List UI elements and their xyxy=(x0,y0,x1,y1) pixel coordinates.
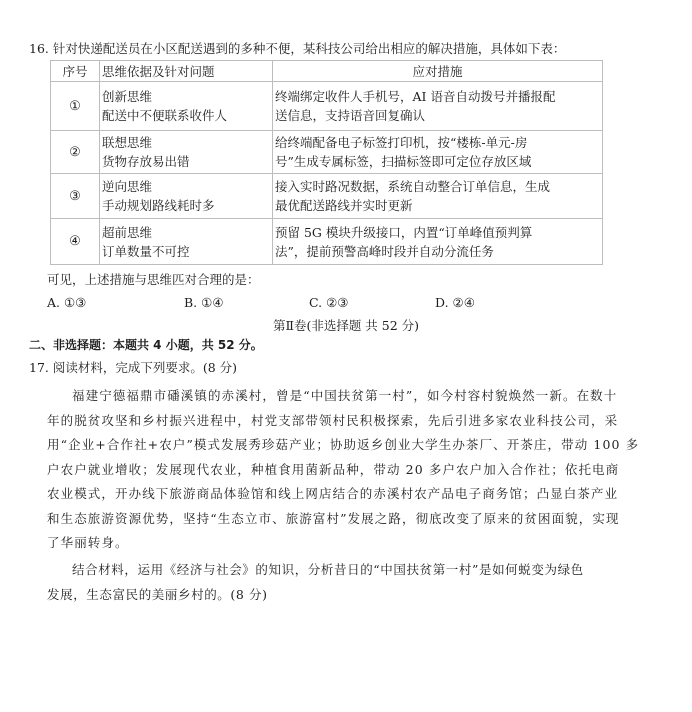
measures-table: 序号 思维依据及针对问题 应对措施 ① 创新思维 配送中不便联系收件人 终端绑定… xyxy=(50,60,603,265)
header-thinking: 思维依据及针对问题 xyxy=(100,61,273,82)
material-line: 了华丽转身。 xyxy=(47,531,657,556)
problem: 手动规划路线耗时多 xyxy=(102,196,270,215)
option-d: D. ②④ xyxy=(435,295,475,310)
thinking-type: 逆向思维 xyxy=(102,177,270,196)
measure-line: 号”生成专属标签，扫描标签即可定位存放区域 xyxy=(275,152,600,171)
header-number: 序号 xyxy=(51,61,100,82)
table-row: ④ 超前思维 订单数量不可控 预留 5G 模块升级接口，内置“订单峰值预判算 法… xyxy=(51,219,603,265)
question-16-conclusion: 可见，上述措施与思维匹对合理的是： xyxy=(47,272,260,288)
reading-material: 福建宁德福鼎市磻溪镇的赤溪村，曾是“中国扶贫第一村”，如今村容村貌焕然一新。在数… xyxy=(47,384,657,556)
thinking-type: 超前思维 xyxy=(102,223,270,242)
table-row: ② 联想思维 货物存放易出错 给终端配备电子标签打印机，按“楼栋-单元-房 号”… xyxy=(51,131,603,174)
material-line: 年的脱贫攻坚和乡村振兴进程中，村党支部带领村民积极探索，先后引进多家农业科技公司… xyxy=(47,409,657,434)
row-measure-cell: 预留 5G 模块升级接口，内置“订单峰值预判算 法”，提前预警高峰时段并自动分流… xyxy=(273,219,603,265)
measure-line: 法”，提前预警高峰时段并自动分流任务 xyxy=(275,242,600,261)
prompt-line: 结合材料，运用《经济与社会》的知识，分析昔日的“中国扶贫第一村”是如何蜕变为绿色 xyxy=(47,557,657,582)
measure-line: 最优配送路线并实时更新 xyxy=(275,196,600,215)
row-thinking-cell: 超前思维 订单数量不可控 xyxy=(100,219,273,265)
measure-line: 预留 5G 模块升级接口，内置“订单峰值预判算 xyxy=(275,223,600,242)
part-2-title: 第Ⅱ卷(非选择题 共 52 分) xyxy=(0,318,692,334)
header-measure: 应对措施 xyxy=(273,61,603,82)
question-17-prompt: 结合材料，运用《经济与社会》的知识，分析昔日的“中国扶贫第一村”是如何蜕变为绿色… xyxy=(47,557,657,607)
row-measure-cell: 给终端配备电子标签打印机，按“楼栋-单元-房 号”生成专属标签，扫描标签即可定位… xyxy=(273,131,603,174)
row-measure-cell: 接入实时路况数据，系统自动整合订单信息，生成 最优配送路线并实时更新 xyxy=(273,174,603,219)
prompt-line: 发展，生态富民的美丽乡村的。(8 分) xyxy=(47,582,657,607)
option-a: A. ①③ xyxy=(47,295,86,310)
measure-line: 给终端配备电子标签打印机，按“楼栋-单元-房 xyxy=(275,133,600,152)
material-line: 福建宁德福鼎市磻溪镇的赤溪村，曾是“中国扶贫第一村”，如今村容村貌焕然一新。在数… xyxy=(47,384,657,409)
measure-line: 接入实时路况数据，系统自动整合订单信息，生成 xyxy=(275,177,600,196)
row-number: ③ xyxy=(51,174,100,219)
row-thinking-cell: 逆向思维 手动规划路线耗时多 xyxy=(100,174,273,219)
row-thinking-cell: 联想思维 货物存放易出错 xyxy=(100,131,273,174)
material-line: 用“企业+合作社+农户”模式发展秀珍菇产业；协助返乡创业大学生办茶厂、开茶庄，带… xyxy=(47,433,657,458)
measure-line: 终端绑定收件人手机号，AI 语音自动拨号并播报配 xyxy=(275,87,600,106)
material-line: 农业模式，开办线下旅游商品体验馆和线上网店结合的赤溪村农产品电子商务馆；凸显白茶… xyxy=(47,482,657,507)
option-b: B. ①④ xyxy=(184,295,224,310)
table-row: ① 创新思维 配送中不便联系收件人 终端绑定收件人手机号，AI 语音自动拨号并播… xyxy=(51,82,603,131)
table-row: ③ 逆向思维 手动规划路线耗时多 接入实时路况数据，系统自动整合订单信息，生成 … xyxy=(51,174,603,219)
row-thinking-cell: 创新思维 配送中不便联系收件人 xyxy=(100,82,273,131)
table-header-row: 序号 思维依据及针对问题 应对措施 xyxy=(51,61,603,82)
row-number: ② xyxy=(51,131,100,174)
section-heading: 二、非选择题：本题共 4 小题，共 52 分。 xyxy=(29,337,263,353)
question-17-stem: 17. 阅读材料，完成下列要求。(8 分) xyxy=(29,360,237,376)
option-c: C. ②③ xyxy=(309,295,348,310)
row-number: ① xyxy=(51,82,100,131)
thinking-type: 创新思维 xyxy=(102,87,270,106)
question-16-stem: 16. 针对快递配送员在小区配送遇到的多种不便，某科技公司给出相应的解决措施，具… xyxy=(29,41,565,57)
problem: 货物存放易出错 xyxy=(102,152,270,171)
material-line: 和生态旅游资源优势，坚持“生态立市、旅游富村”发展之路，彻底改变了原来的贫困面貌… xyxy=(47,507,657,532)
problem: 配送中不便联系收件人 xyxy=(102,106,270,125)
measure-line: 送信息，支持语音回复确认 xyxy=(275,106,600,125)
row-measure-cell: 终端绑定收件人手机号，AI 语音自动拨号并播报配 送信息，支持语音回复确认 xyxy=(273,82,603,131)
material-line: 户农户就业增收；发展现代农业，种植食用菌新品种，带动 20 多户农户加入合作社；… xyxy=(47,458,657,483)
row-number: ④ xyxy=(51,219,100,265)
thinking-type: 联想思维 xyxy=(102,133,270,152)
problem: 订单数量不可控 xyxy=(102,242,270,261)
